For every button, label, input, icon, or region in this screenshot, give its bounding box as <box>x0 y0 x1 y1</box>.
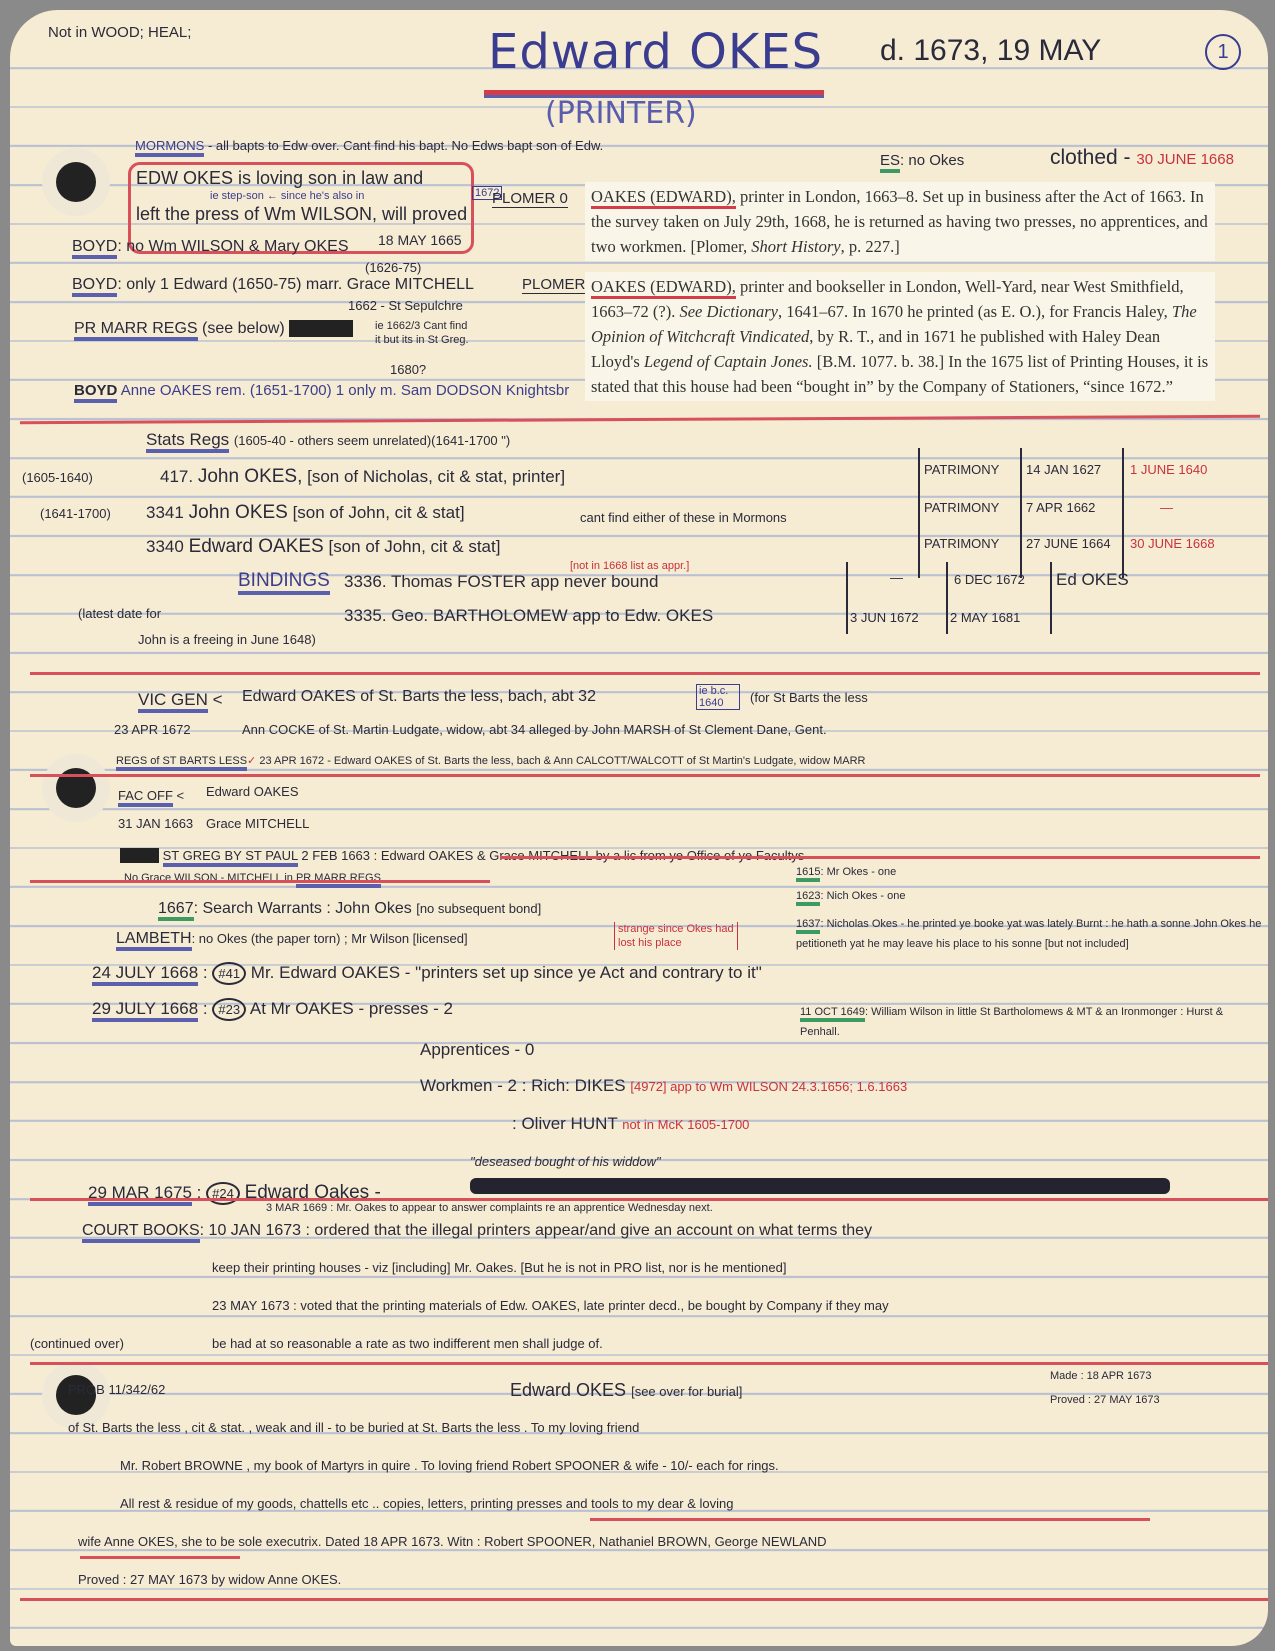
page-subtitle: (PRINTER) <box>545 96 697 131</box>
workmen-entry-2: : Oliver HUNT not in McK 1605-1700 <box>512 1114 749 1134</box>
boyd-entry-3: BOYD Anne OAKES rem. (1651-1700) 1 only … <box>74 382 569 399</box>
boyd-entry-3-note: 1680? <box>390 362 426 377</box>
binding-red-note: [not in 1668 list as appr.] <box>570 560 689 572</box>
mar1669-note: 3 MAR 1669 : Mr. Oakes to appear to answ… <box>266 1202 713 1214</box>
plomer-0-excerpt: OAKES (EDWARD), printer in London, 1663–… <box>585 182 1215 261</box>
boyd-entry-2-note: 1662 - St Sepulchre <box>348 298 463 313</box>
will-title: Edward OKES [see over for burial] <box>510 1380 742 1401</box>
will-line: Proved : 27 MAY 1673 by widow Anne OKES. <box>78 1572 341 1587</box>
apprentices-count: Apprentices - 0 <box>420 1040 534 1060</box>
section-divider <box>20 415 1260 424</box>
page-number: 1 <box>1205 34 1241 70</box>
stats-row: 417. John OKES, [son of Nicholas, cit & … <box>160 466 565 488</box>
regs-st-barts: REGS of ST BARTS LESS✓ 23 APR 1672 - Edw… <box>116 754 865 767</box>
will-proved: Proved : 27 MAY 1673 <box>1050 1394 1160 1406</box>
boxed-note-date: 18 MAY 1665 <box>378 232 462 248</box>
right-note: 1615: Mr Okes - one <box>796 866 896 878</box>
lambeth-red-note: strange since Okes had lost his place <box>614 922 738 950</box>
pr-marr-side-note-2: it but its in St Greg. <box>375 334 469 346</box>
will-line: wife Anne OKES, she to be sole executrix… <box>78 1534 827 1549</box>
binding-row: 3335. Geo. BARTHOLOMEW app to Edw. OKES <box>344 606 713 626</box>
vicgen-bracket: ie b.c. 1640 <box>696 684 740 710</box>
punch-hole <box>56 162 96 202</box>
fac-off-line2: Grace MITCHELL <box>206 816 309 831</box>
court-books: COURT BOOKS: 10 JAN 1673 : ordered that … <box>82 1222 872 1240</box>
boyd-entry-1: BOYD: no Wm WILSON & Mary OKES <box>72 238 349 256</box>
survey-entry: 29 JULY 1668 : #23 At Mr OAKES - presses… <box>92 998 453 1021</box>
freedom-type: PATRIMONY <box>924 462 999 477</box>
clothed-note: clothed - 30 JUNE 1668 <box>1050 146 1234 170</box>
index-card: Not in WOOD; HEAL; Edward OKES d. 1673, … <box>10 10 1268 1646</box>
survey-entry: 24 JULY 1668 : #41 Mr. Edward OAKES - "p… <box>92 962 762 985</box>
boyd-entry-2: BOYD: only 1 Edward (1650-75) marr. Grac… <box>72 276 474 294</box>
court-books-line3: 23 MAY 1673 : voted that the printing ma… <box>212 1298 889 1313</box>
court-books-line4: be had at so reasonable a rate as two in… <box>212 1336 603 1351</box>
stats-row: 3340 Edward OAKES [son of John, cit & st… <box>146 536 500 558</box>
boxed-note-insert: ie step-son ← since he's also in <box>210 190 364 202</box>
mormons-text: - all bapts to Edw over. Cant find his b… <box>208 138 603 153</box>
vicgen-line1: Edward OAKES of St. Barts the less, bach… <box>242 688 596 706</box>
will-made: Made : 18 APR 1673 <box>1050 1370 1152 1382</box>
vicgen-line1-tail: (for St Barts the less <box>750 690 868 705</box>
plomer-1-label: PLOMER I <box>522 276 594 294</box>
vicgen-line2: Ann COCKE of St. Martin Ludgate, widow, … <box>242 722 827 737</box>
continued-note: (continued over) <box>30 1336 124 1351</box>
bindings-label: BINDINGS <box>238 570 330 592</box>
will-line: of St. Barts the less , cit & stat. , we… <box>68 1420 639 1435</box>
search-warrants: 1667: Search Warrants : John Okes [no su… <box>158 900 541 918</box>
plomer-0-label: PLOMER 0 <box>492 190 568 208</box>
right-note: 11 OCT 1649: William Wilson in little St… <box>800 1002 1240 1042</box>
mar1675-quote: "deseased bought of his widdow" <box>470 1154 661 1169</box>
binding-row: 3336. Thomas FOSTER app never bound <box>344 572 658 592</box>
vicgen-label: VIC GEN < <box>138 690 223 710</box>
death-date: d. 1673, 19 MAY <box>880 34 1101 68</box>
fac-off-line1: Edward OAKES <box>206 784 299 799</box>
freedom-date: 14 JAN 1627 <box>1026 462 1101 477</box>
vicgen-date: 23 APR 1672 <box>114 722 191 737</box>
right-note: 1637: Nicholas Okes - he printed ye book… <box>796 914 1266 954</box>
redacted-text <box>470 1178 1170 1194</box>
freed-date: 1 JUNE 1640 <box>1130 462 1207 477</box>
workmen-entry: Workmen - 2 : Rich: DIKES [4972] app to … <box>420 1076 907 1096</box>
boyd-entry-1-note: (1626-75) <box>365 260 421 275</box>
pr-marr-regs: PR MARR REGS (see below) xxxxxxxx <box>74 320 353 338</box>
pr-marr-side-note-1: ie 1662/3 Cant find <box>375 320 467 332</box>
bindings-side-note-2: John is a freeing in June 1648) <box>138 632 316 647</box>
stats-row: 3341 John OKES [son of John, cit & stat] <box>146 502 465 524</box>
bindings-side-note-1: (latest date for <box>78 606 161 621</box>
boxed-note-line2: left the press of Wm WILSON, will proved <box>136 204 467 225</box>
fac-off-label: FAC OFF < <box>118 788 184 803</box>
stats-regs-heading: Stats Regs (1605-40 - others seem unrela… <box>146 430 510 450</box>
fac-off-date: 31 JAN 1663 <box>118 816 193 831</box>
boxed-note-line1: EDW OKES is loving son in law and <box>136 168 423 189</box>
court-books-line2: keep their printing houses - viz [includ… <box>212 1260 786 1275</box>
mormons-note: MORMONS - all bapts to Edw over. Cant fi… <box>135 138 603 153</box>
plomer-1-excerpt: OAKES (EDWARD), printer and bookseller i… <box>585 272 1215 401</box>
corner-note: Not in WOOD; HEAL; <box>48 24 191 41</box>
page-title: Edward OKES <box>488 24 823 80</box>
will-reference: PROB 11/342/62 <box>68 1382 165 1397</box>
will-line: Mr. Robert BROWNE , my book of Martyrs i… <box>120 1458 779 1473</box>
es-note: ES: no Okes <box>880 152 964 169</box>
brace-note: cant find either of these in Mormons <box>580 510 787 525</box>
mormons-label: MORMONS <box>135 138 204 157</box>
will-line: All rest & residue of my goods, chattell… <box>120 1496 733 1511</box>
right-note: 1623: Nich Okes - one <box>796 890 905 902</box>
